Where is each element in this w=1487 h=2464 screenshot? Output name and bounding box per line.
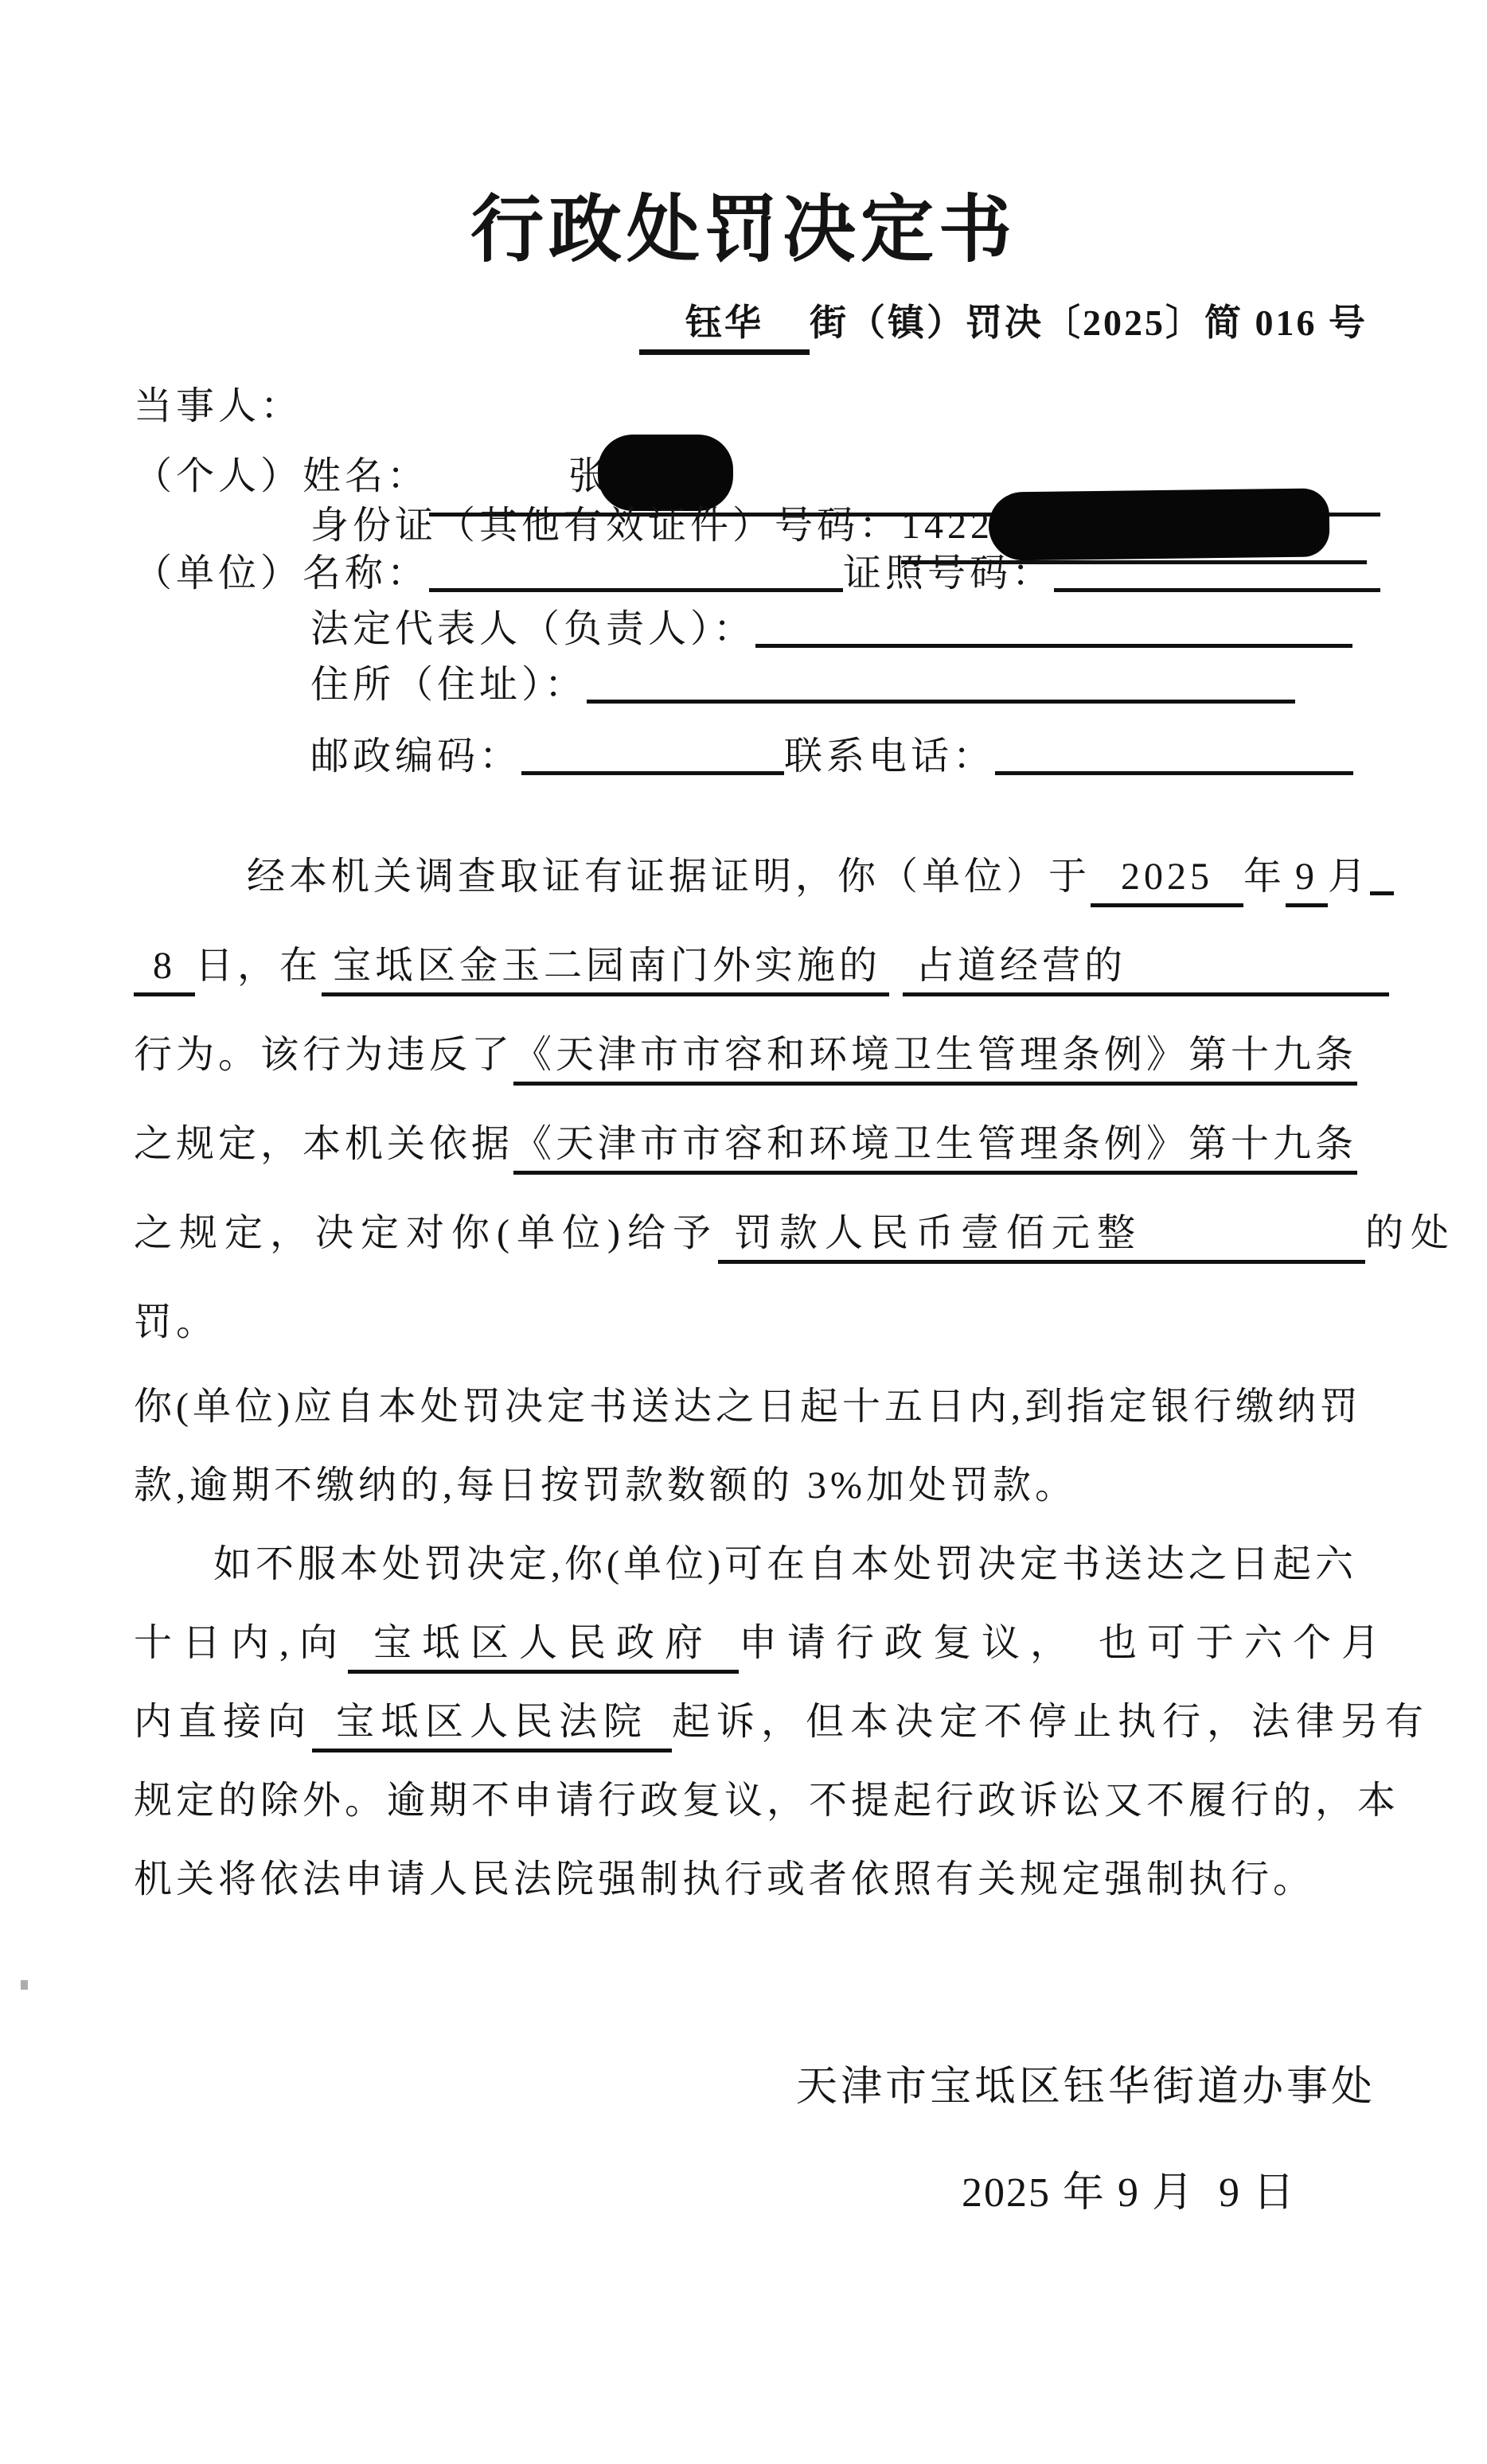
penalty-amount-fill: 罚款人民币壹佰元整 bbox=[718, 1209, 1365, 1264]
line-wrap-underline bbox=[1370, 856, 1394, 895]
findings-line-2: 8日，在宝坻区金玉二园南门外实施的 占道经营的 bbox=[134, 922, 1384, 1011]
appeal-line-3-text: 内直接向 bbox=[134, 1701, 312, 1743]
party-section: 当事人： （个人）姓名：张 身份证（其他有效证件）号码：1422 （单位）名称：… bbox=[134, 379, 1487, 785]
findings-line-2-text: 日，在 bbox=[195, 945, 322, 987]
issuing-office: 天津市宝坻区钰华街道办事处 bbox=[0, 2053, 1487, 2112]
findings-line-5: 之规定，决定对你(单位)给予罚款人民币壹佰元整的处 bbox=[134, 1189, 1384, 1278]
court-fill: 宝坻区人民法院 bbox=[312, 1698, 672, 1752]
address-blank-field bbox=[587, 665, 1295, 704]
scan-artifact-speck bbox=[21, 1980, 28, 1990]
party-header-row: 当事人： bbox=[134, 379, 1487, 435]
payment-line-1: 你(单位)应自本处罚决定书送达之日起十五日内,到指定银行缴纳罚 bbox=[134, 1367, 1384, 1446]
findings-line-1: 经本机关调查取证有证据证明，你（单位）于2025年9月 bbox=[134, 832, 1384, 922]
paragraph-findings: 经本机关调查取证有证据证明，你（单位）于2025年9月 8日，在宝坻区金玉二园南… bbox=[134, 832, 1384, 1367]
unit-prefix-label: （单位） bbox=[134, 552, 302, 595]
findings-line-5-text: 之规定，决定对你(单位)给予 bbox=[134, 1212, 718, 1254]
month-fill: 9 bbox=[1286, 852, 1328, 907]
basis-regulation-fill: 《天津市市容和环境卫生管理条例》第十九条 bbox=[513, 1120, 1357, 1175]
document-number-street-fill: 钰华 bbox=[639, 294, 810, 355]
id-number-row: 身份证（其他有效证件）号码：1422 bbox=[134, 490, 1487, 546]
conduct-fill: 占道经营的 bbox=[903, 942, 1389, 996]
findings-line-1-text: 经本机关调查取证有证据证明，你（单位）于 bbox=[247, 856, 1091, 898]
findings-line-5-tail: 的处 bbox=[1365, 1212, 1456, 1254]
document-number-rest: 街（镇）罚决〔2025〕简 016 号 bbox=[810, 302, 1368, 343]
phone-blank-field bbox=[995, 736, 1353, 775]
legal-rep-blank-field bbox=[755, 609, 1352, 648]
postal-blank-field bbox=[521, 736, 784, 775]
unit-name-blank-field bbox=[429, 553, 843, 592]
appeal-line-2: 十日内,向宝坻区人民政府申请行政复议， 也可于六个月 bbox=[134, 1604, 1384, 1682]
individual-name-row: （个人）姓名：张 bbox=[134, 435, 1487, 490]
appeal-line-2-text: 十日内,向 bbox=[134, 1622, 348, 1664]
scanned-document-page: 行政处罚决定书 钰华街（镇）罚决〔2025〕简 016 号 当事人： （个人）姓… bbox=[0, 0, 1487, 2464]
postal-label: 邮政编码： bbox=[310, 735, 521, 778]
review-authority-fill: 宝坻区人民政府 bbox=[348, 1619, 739, 1674]
findings-line-4-text: 之规定，本机关依据 bbox=[134, 1123, 513, 1165]
id-label: 身份证（其他有效证件）号码： bbox=[310, 505, 901, 547]
findings-line-6-text: 罚。 bbox=[134, 1301, 218, 1343]
postal-phone-row: 邮政编码：联系电话： bbox=[134, 729, 1487, 785]
document-number: 钰华街（镇）罚决〔2025〕简 016 号 bbox=[0, 294, 1487, 355]
payment-line-1-text: 你(单位)应自本处罚决定书送达之日起十五日内,到指定银行缴纳罚 bbox=[134, 1386, 1362, 1428]
id-value: 1422 bbox=[901, 505, 993, 547]
id-redaction-mark bbox=[989, 488, 1330, 560]
legal-rep-row: 法定代表人（负责人）： bbox=[134, 602, 1487, 657]
party-header-label: 当事人： bbox=[134, 385, 302, 427]
appeal-line-5-text: 机关将依法申请人民法院强制执行或者依照有关规定强制执行。 bbox=[134, 1858, 1315, 1901]
appeal-line-3-tail: 起诉，但本决定不停止执行，法律另有 bbox=[672, 1701, 1430, 1743]
payment-line-2-text: 款,逾期不缴纳的,每日按罚款数额的 3%加处罚款。 bbox=[134, 1464, 1077, 1507]
payment-line-2: 款,逾期不缴纳的,每日按罚款数额的 3%加处罚款。 bbox=[134, 1446, 1384, 1525]
individual-prefix-label: （个人） bbox=[134, 455, 302, 497]
month-unit-label: 月 bbox=[1328, 856, 1370, 898]
year-unit-label: 年 bbox=[1243, 856, 1286, 898]
phone-label: 联系电话： bbox=[784, 735, 995, 778]
findings-line-3-text: 行为。该行为违反了 bbox=[134, 1034, 513, 1076]
document-title: 行政处罚决定书 bbox=[0, 0, 1487, 276]
appeal-line-3: 内直接向宝坻区人民法院起诉，但本决定不停止执行，法律另有 bbox=[134, 1682, 1384, 1761]
violated-regulation-fill: 《天津市市容和环境卫生管理条例》第十九条 bbox=[513, 1031, 1357, 1086]
body-text: 经本机关调查取证有证据证明，你（单位）于2025年9月 8日，在宝坻区金玉二园南… bbox=[134, 832, 1384, 1919]
appeal-line-2-tail: 申请行政复议， 也可于六个月 bbox=[739, 1622, 1390, 1664]
paragraph-appeal: 如不服本处罚决定,你(单位)可在自本处罚决定书送达之日起六 十日内,向宝坻区人民… bbox=[134, 1525, 1384, 1919]
appeal-line-5: 机关将依法申请人民法院强制执行或者依照有关规定强制执行。 bbox=[134, 1840, 1384, 1919]
appeal-line-1-text: 如不服本处罚决定,你(单位)可在自本处罚决定书送达之日起六 bbox=[213, 1543, 1357, 1585]
findings-line-4: 之规定，本机关依据《天津市市容和环境卫生管理条例》第十九条 bbox=[134, 1100, 1384, 1189]
appeal-line-4-text: 规定的除外。逾期不申请行政复议，不提起行政诉讼又不履行的，本 bbox=[134, 1780, 1399, 1822]
appeal-line-4: 规定的除外。逾期不申请行政复议，不提起行政诉讼又不履行的，本 bbox=[134, 1761, 1384, 1840]
legal-rep-label: 法定代表人（负责人）： bbox=[310, 608, 755, 650]
paragraph-payment: 你(单位)应自本处罚决定书送达之日起十五日内,到指定银行缴纳罚 款,逾期不缴纳的… bbox=[134, 1367, 1384, 1525]
issue-date: 2025 年 9 月 9 日 bbox=[0, 2158, 1487, 2218]
unit-name-label: 名称： bbox=[302, 552, 429, 595]
day-fill: 8 bbox=[134, 942, 195, 996]
appeal-line-1: 如不服本处罚决定,你(单位)可在自本处罚决定书送达之日起六 bbox=[134, 1525, 1384, 1604]
findings-line-6: 罚。 bbox=[134, 1278, 1384, 1367]
address-row: 住所（住址）： bbox=[134, 657, 1487, 713]
findings-line-3: 行为。该行为违反了《天津市市容和环境卫生管理条例》第十九条 bbox=[134, 1011, 1384, 1100]
address-label: 住所（住址）： bbox=[310, 664, 587, 706]
year-fill: 2025 bbox=[1091, 852, 1243, 907]
location-fill: 宝坻区金玉二园南门外实施的 bbox=[322, 942, 889, 996]
